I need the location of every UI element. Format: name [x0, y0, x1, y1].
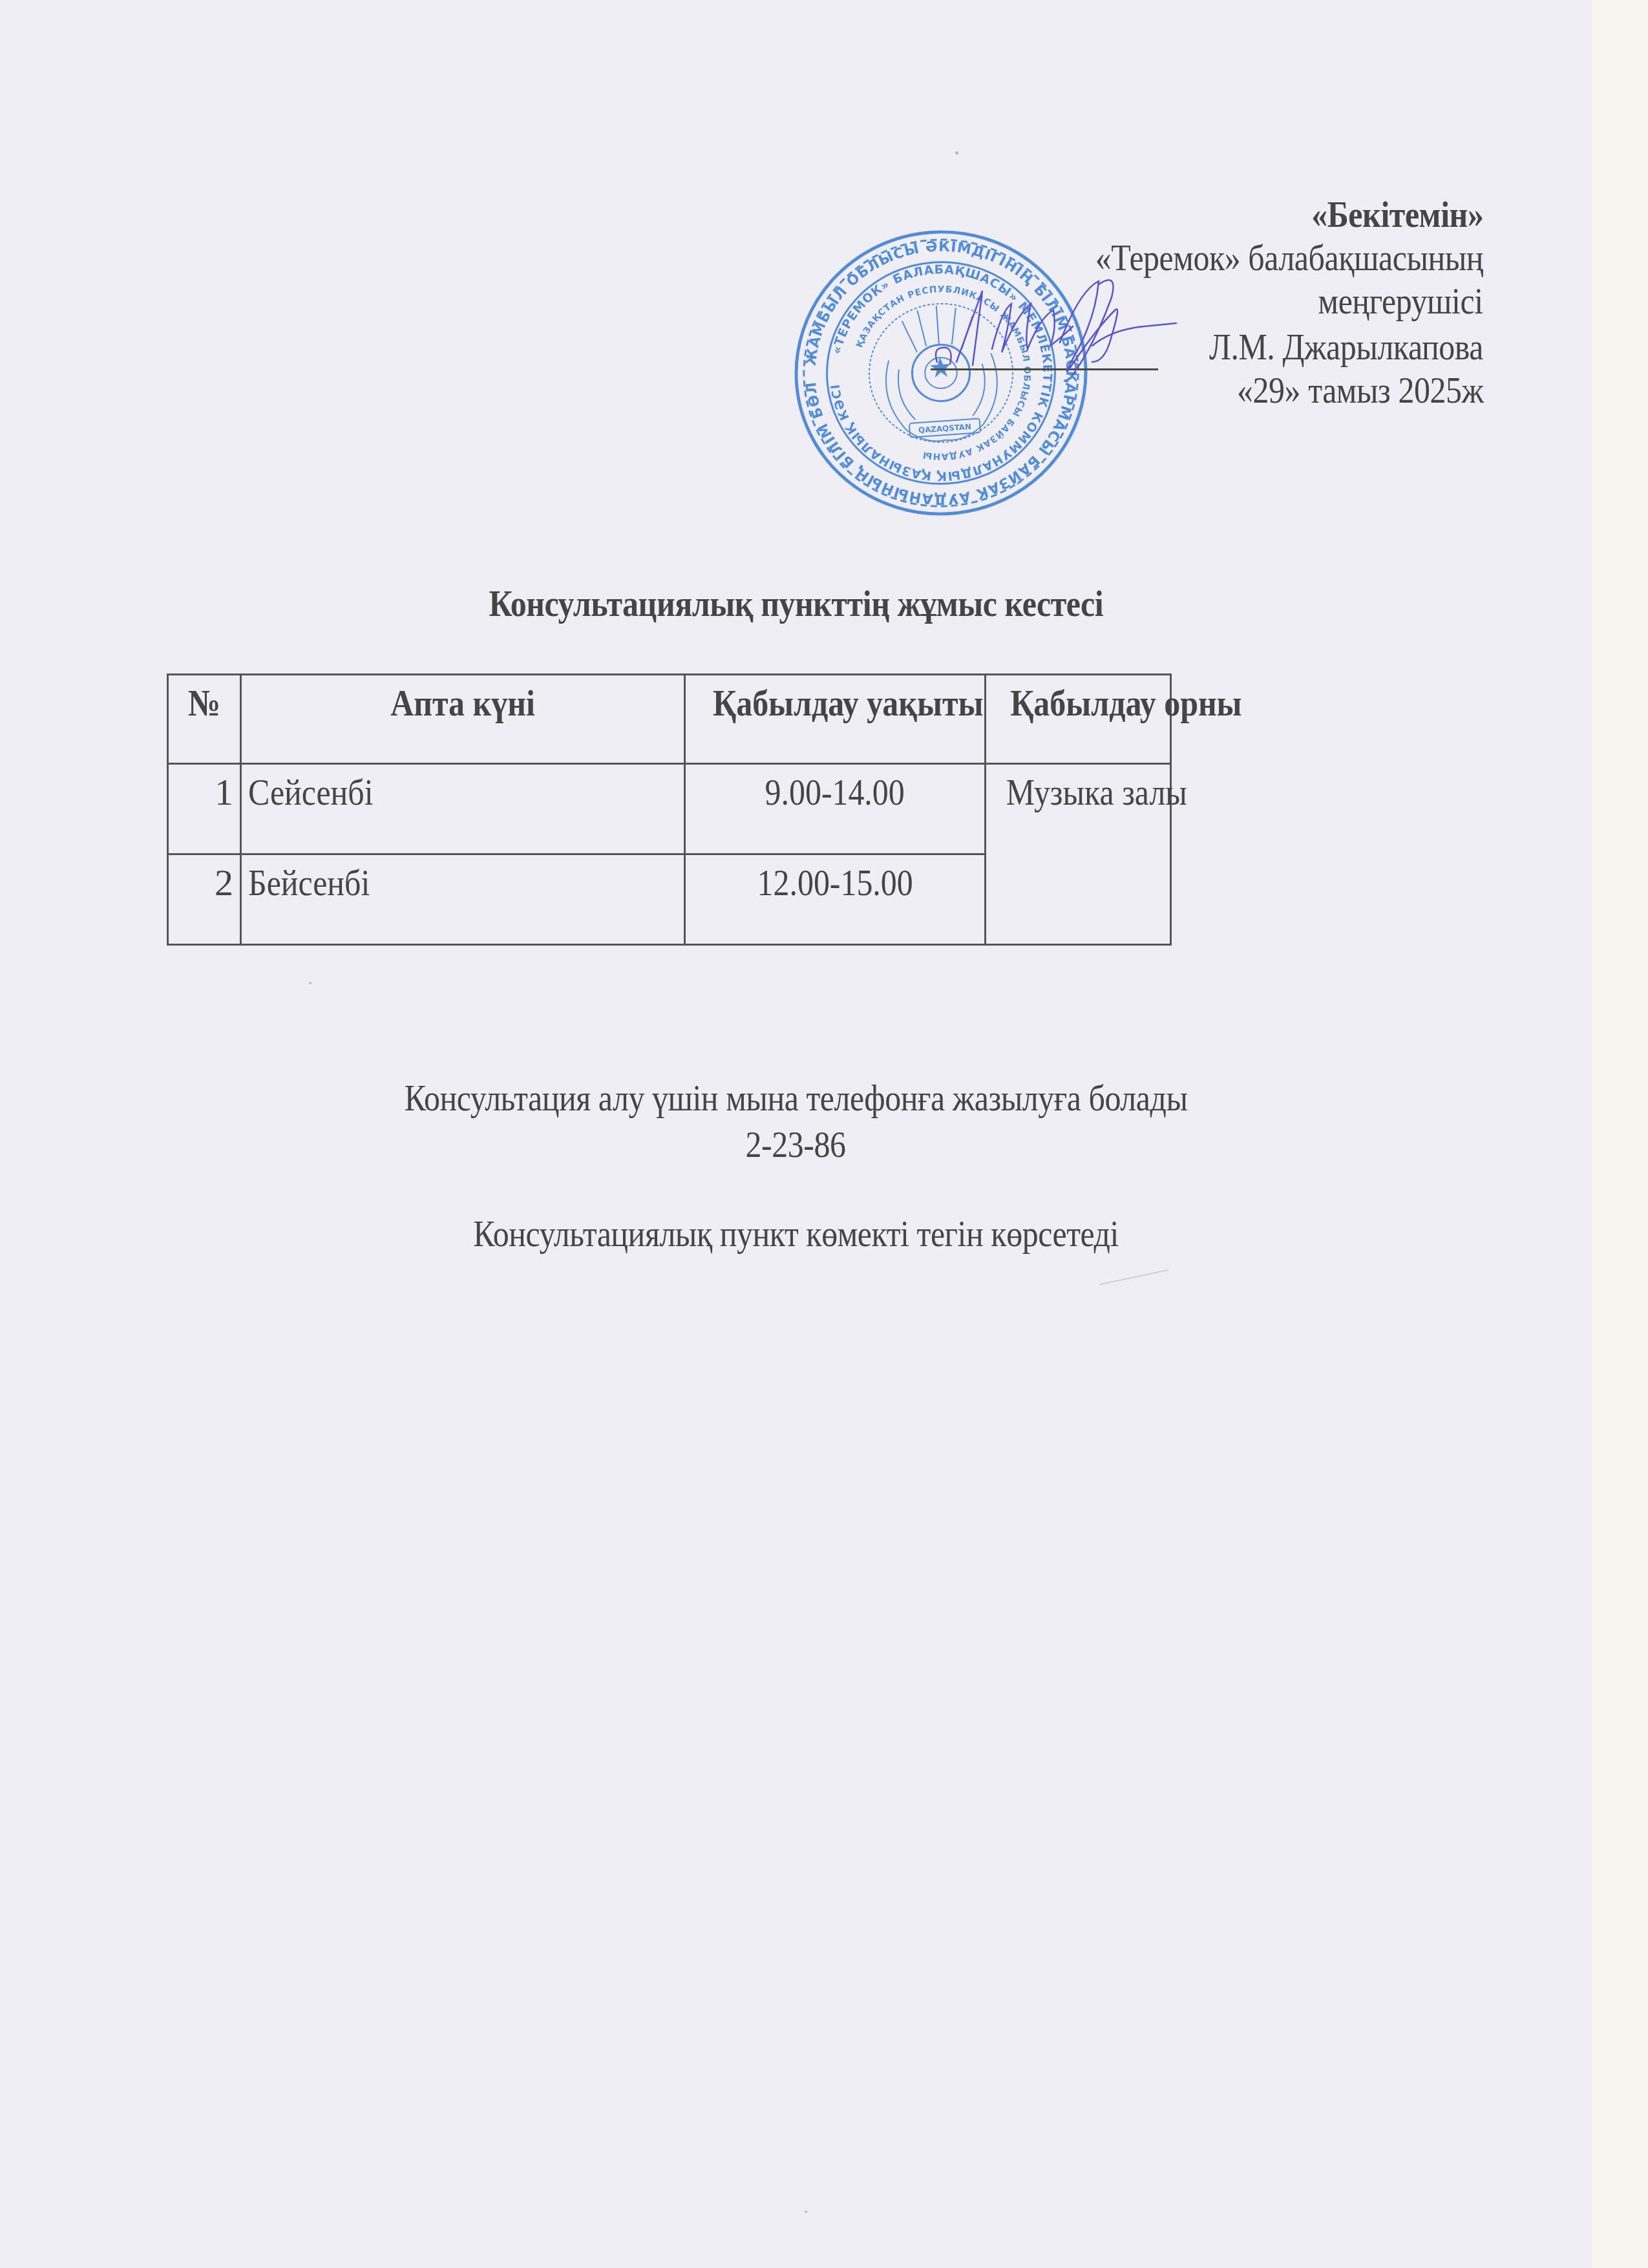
table-row: 1 Сейсенбі 9.00-14.00 Музыка залы [168, 764, 1171, 854]
header-place: Қабылдау орны [986, 675, 1171, 764]
contact-phone: 2-23-86 [0, 1126, 1592, 1163]
scan-speck [955, 151, 958, 154]
handwritten-signature-icon [931, 271, 1183, 394]
scan-speck [805, 2210, 807, 2213]
row-place: Музыка залы [986, 764, 1171, 945]
row-number: 2 [168, 854, 241, 945]
scan-speck [309, 982, 312, 984]
approval-heading: «Бекітемін» [772, 196, 1483, 233]
table-header-row: № Апта күні Қабылдау уақыты Қабылдау орн… [168, 675, 1171, 764]
row-weekday: Бейсенбі [241, 854, 685, 945]
row-weekday: Сейсенбі [241, 764, 685, 854]
header-weekday: Апта күні [241, 675, 685, 764]
row-number: 1 [168, 764, 241, 854]
page-title: Консультациялық пункттің жұмыс кестесі [0, 585, 1592, 622]
row-time: 9.00-14.00 [685, 764, 986, 854]
svg-text:QAZAQSTAN: QAZAQSTAN [918, 422, 972, 435]
header-number: № [168, 675, 241, 764]
schedule-table: № Апта күні Қабылдау уақыты Қабылдау орн… [167, 673, 1172, 946]
row-time: 12.00-15.00 [685, 854, 986, 945]
header-time: Қабылдау уақыты [685, 675, 986, 764]
contact-text: Консультация алу үшін мына телефонға жаз… [0, 1079, 1592, 1117]
free-service-note: Консультациялық пункт көмекті тегін көрс… [0, 1215, 1592, 1253]
